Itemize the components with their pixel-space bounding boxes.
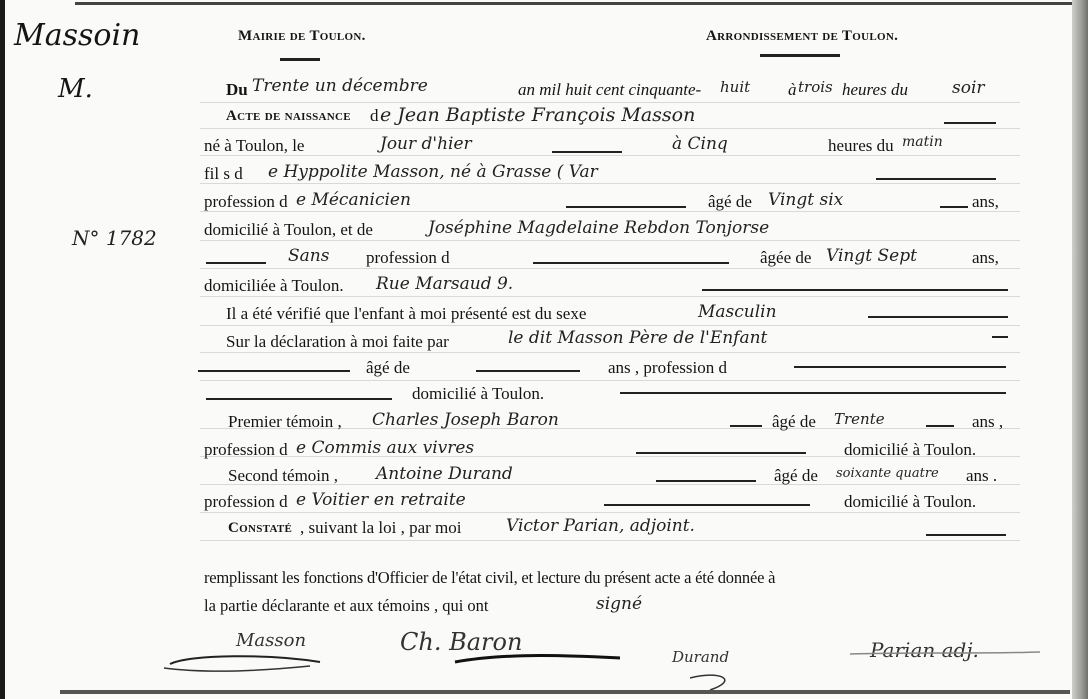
page-edge-right xyxy=(1072,0,1088,699)
prof-label-4: profession d xyxy=(204,440,288,460)
year-value: huit xyxy=(720,78,750,96)
verified-text: Il a été vérifié que l'enfant à moi prés… xyxy=(226,304,586,324)
born-period: matin xyxy=(902,134,943,150)
prof-label-2: profession d xyxy=(366,248,450,268)
child-name: e Jean Baptiste François Masson xyxy=(380,104,695,126)
constate-label: Constaté xyxy=(228,520,292,537)
date-value: Trente un décembre xyxy=(252,76,428,96)
header-arrondissement: Arrondissement de Toulon. xyxy=(706,28,898,45)
born-label: né à Toulon, le xyxy=(204,136,304,156)
ans-3: ans , profession d xyxy=(608,358,727,378)
ans-4: ans , xyxy=(972,412,1003,432)
prof-label-1: profession d xyxy=(204,192,288,212)
constate-text: , suivant la loi , par moi xyxy=(300,518,461,538)
witness1-label: Premier témoin , xyxy=(228,412,342,432)
address: Rue Marsaud 9. xyxy=(376,274,513,294)
domicile-label-1: domicilié à Toulon, et de xyxy=(204,220,373,240)
header-left-rule xyxy=(280,58,320,61)
ans-1: ans, xyxy=(972,192,999,212)
year-text: an mil huit cent cinquante- xyxy=(518,80,701,100)
father-name: e Hyppolite Masson, né à Grasse ( Var xyxy=(268,162,598,182)
witness2-label: Second témoin , xyxy=(228,466,338,486)
closing-line-1: remplissant les fonctions d'Officier de … xyxy=(204,568,775,588)
mother-age: Vingt Sept xyxy=(826,246,917,266)
bottom-border-rule xyxy=(60,690,1070,694)
witness1-age: Trente xyxy=(834,410,885,428)
declaration-text: Sur la déclaration à moi faite par xyxy=(226,332,449,352)
witness1-profession: e Commis aux vivres xyxy=(296,438,474,458)
hour-value: trois xyxy=(798,78,833,96)
act-d: d xyxy=(370,106,379,126)
born-day: Jour d'hier xyxy=(380,134,472,154)
officer-name: Victor Parian, adjoint. xyxy=(506,516,695,536)
header-right-rule xyxy=(760,54,840,57)
son-label: fil s d xyxy=(204,164,243,184)
domicile-label-5: domicilié à Toulon. xyxy=(844,492,976,512)
top-border-rule xyxy=(75,2,1075,5)
act-label: Acte de naissance xyxy=(226,108,351,125)
header-mairie: Mairie de Toulon. xyxy=(238,28,366,45)
age-label-1: âgé de xyxy=(708,192,752,212)
witness2-age: soixante quatre xyxy=(836,466,939,481)
ans-5: ans . xyxy=(966,466,997,486)
domicile-label-3: domicilié à Toulon. xyxy=(412,384,544,404)
record-number: N° 1782 xyxy=(72,226,157,250)
age-label-3: âgé de xyxy=(366,358,410,378)
margin-surname: Massoin xyxy=(14,18,140,53)
age-label-2: âgée de xyxy=(760,248,811,268)
father-age: Vingt six xyxy=(768,190,843,210)
witness2-profession: e Voitier en retraite xyxy=(296,490,466,510)
father-profession: e Mécanicien xyxy=(296,190,411,210)
born-at: à Cinq xyxy=(672,134,728,154)
mother-name: Joséphine Magdelaine Rebdon Tonjorse xyxy=(428,218,769,238)
age-label-4: âgé de xyxy=(772,412,816,432)
closing-line-2: la partie déclarante et aux témoins , qu… xyxy=(204,596,489,616)
ans-2: ans, xyxy=(972,248,999,268)
witness1-name: Charles Joseph Baron xyxy=(372,410,559,430)
period-value: soir xyxy=(952,78,985,98)
sex-value: Masculin xyxy=(698,302,777,322)
declarant: le dit Masson Père de l'Enfant xyxy=(508,328,767,348)
birth-record-page: Massoin M. N° 1782 Mairie de Toulon. Arr… xyxy=(0,0,1072,699)
page-edge-left xyxy=(0,0,5,699)
domicile-label-2: domiciliée à Toulon. xyxy=(204,276,344,296)
domicile-label-4: domicilié à Toulon. xyxy=(844,440,976,460)
age-label-5: âgé de xyxy=(774,466,818,486)
prof-label-5: profession d xyxy=(204,492,288,512)
witness2-name: Antoine Durand xyxy=(376,464,513,484)
hour-prefix: à xyxy=(788,80,797,100)
mother-profession: Sans xyxy=(288,246,329,266)
date-prefix: Du xyxy=(226,80,248,100)
margin-initial: M. xyxy=(58,74,93,104)
hour-suffix: heures du xyxy=(842,80,908,100)
born-hours: heures du xyxy=(828,136,894,156)
signed-value: signé xyxy=(596,594,642,614)
